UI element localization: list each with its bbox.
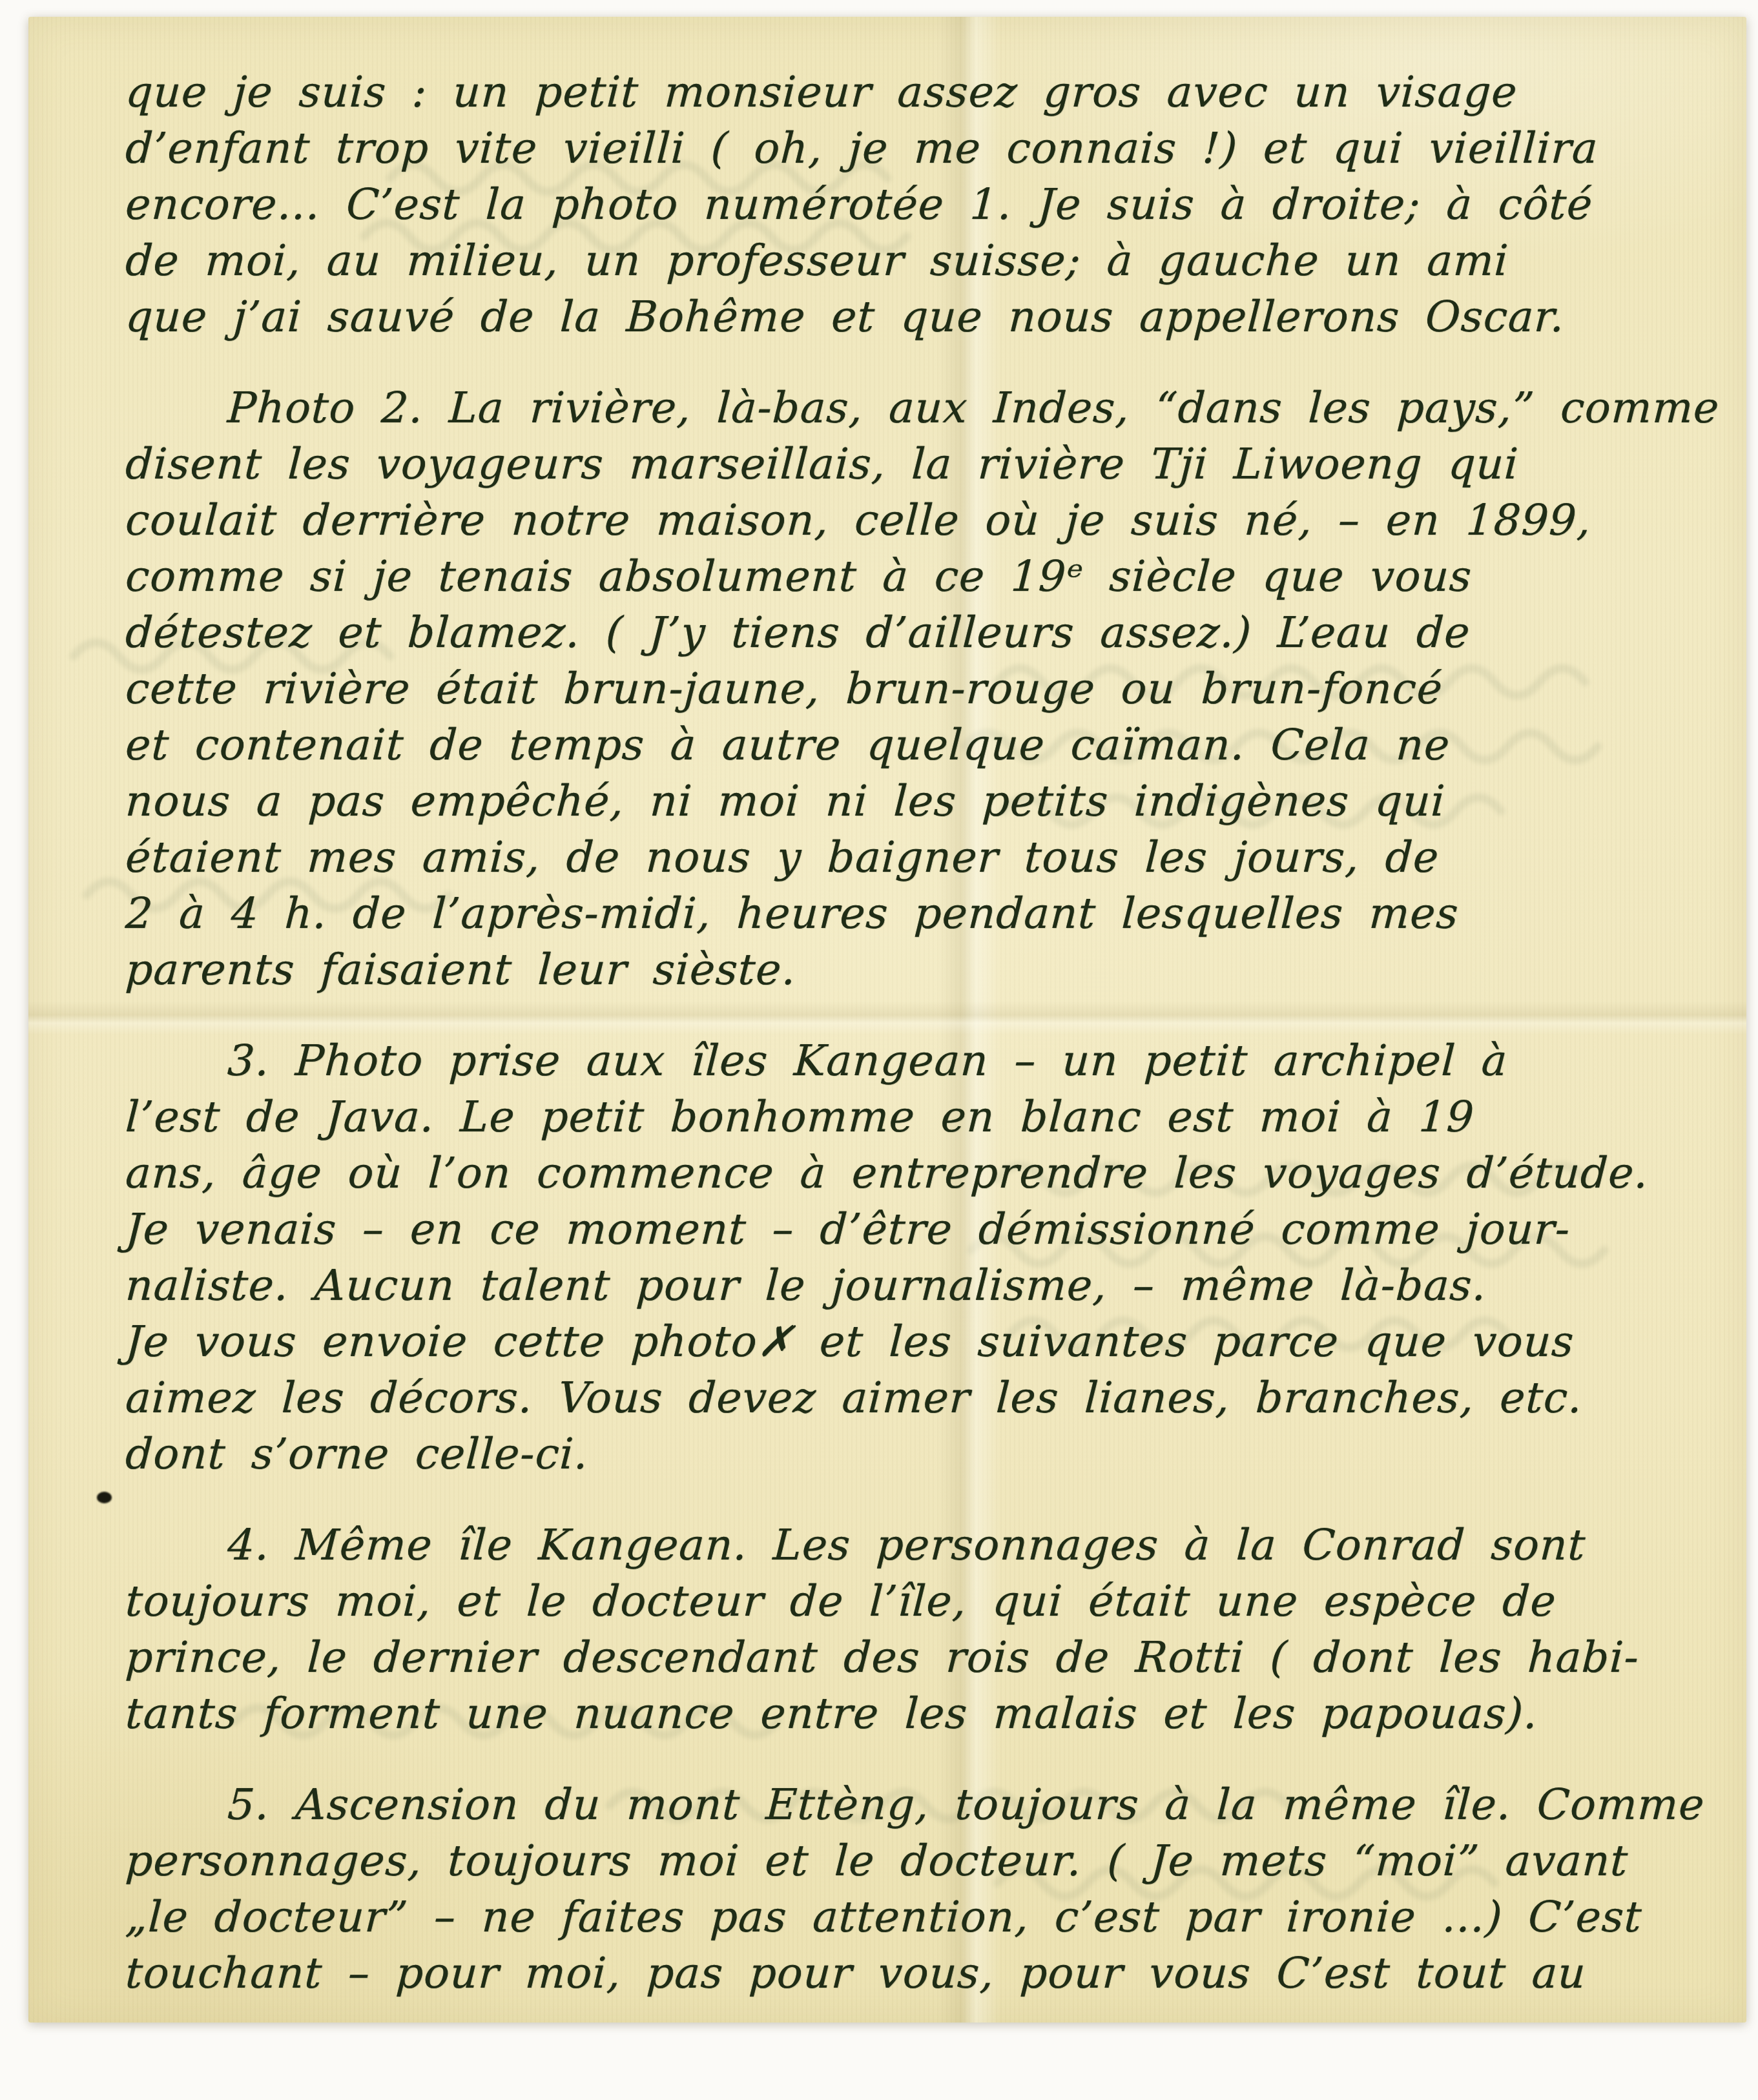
letter-line: aimez les décors. Vous devez aimer les l…: [124, 1373, 1697, 1429]
letter-line: Je vous envoie cette photo✗ et les suiva…: [124, 1317, 1697, 1373]
letter-line: Je venais – en ce moment – d’être démiss…: [124, 1204, 1697, 1261]
letter-line: d’enfant trop vite vieilli ( oh, je me c…: [124, 123, 1697, 180]
letter-line: ans, âge où l’on commence à entreprendre…: [124, 1148, 1697, 1204]
letter-line: naliste. Aucun talent pour le journalism…: [124, 1261, 1697, 1317]
letter-body: que je suis : un petit monsieur assez gr…: [124, 67, 1693, 2004]
letter-line: étaient mes amis, de nous y baigner tous…: [124, 832, 1697, 889]
letter-line: nous a pas empêché, ni moi ni les petits…: [124, 776, 1697, 832]
letter-line: tants forment une nuance entre les malai…: [124, 1689, 1697, 1745]
letter-paper: que je suis : un petit monsieur assez gr…: [28, 17, 1746, 2023]
letter-line: 5. Ascension du mont Ettèng, toujours à …: [124, 1780, 1697, 1836]
letter-line: dont s’orne celle-ci.: [124, 1429, 1697, 1485]
scan-background: { "colors": { "scan_bed": "#fbfaf7", "pa…: [0, 0, 1758, 2100]
letter-line: et contenait de temps à autre quelque ca…: [124, 720, 1697, 776]
letter-line: comme si je tenais absolument à ce 19ᵉ s…: [124, 551, 1697, 608]
letter-line: l’est de Java. Le petit bonhomme en blan…: [124, 1092, 1697, 1148]
letter-line: prince, le dernier descendant des rois d…: [124, 1632, 1697, 1689]
letter-line: „le docteur” – ne faites pas attention, …: [124, 1892, 1697, 1948]
letter-line: encore… C’est la photo numérotée 1. Je s…: [124, 180, 1697, 236]
letter-line: 4. Même île Kangean. Les personnages à l…: [124, 1520, 1697, 1576]
letter-line: disent les voyageurs marseillais, la riv…: [124, 439, 1697, 495]
letter-line: 2 à 4 h. de l’après-midi, heures pendant…: [124, 889, 1697, 945]
letter-line: Photo 2. La rivière, là-bas, aux Indes, …: [124, 383, 1697, 439]
letter-line: que j’ai sauvé de la Bohême et que nous …: [124, 292, 1697, 348]
letter-line: coulait derrière notre maison, celle où …: [124, 495, 1697, 551]
letter-line: touchant – pour moi, pas pour vous, pour…: [124, 1948, 1697, 2004]
letter-line: 3. Photo prise aux îles Kangean – un pet…: [124, 1036, 1697, 1092]
letter-line: détestez et blamez. ( J’y tiens d’ailleu…: [124, 608, 1697, 664]
letter-line: que je suis : un petit monsieur assez gr…: [124, 67, 1697, 123]
letter-line: cette rivière était brun-jaune, brun-rou…: [124, 664, 1697, 720]
ink-blot: [97, 1492, 112, 1503]
letter-line: parents faisaient leur sièste.: [124, 945, 1697, 1001]
letter-line: personnages, toujours moi et le docteur.…: [124, 1836, 1697, 1892]
letter-line: de moi, au milieu, un professeur suisse;…: [124, 236, 1697, 292]
letter-line: toujours moi, et le docteur de l’île, qu…: [124, 1576, 1697, 1632]
